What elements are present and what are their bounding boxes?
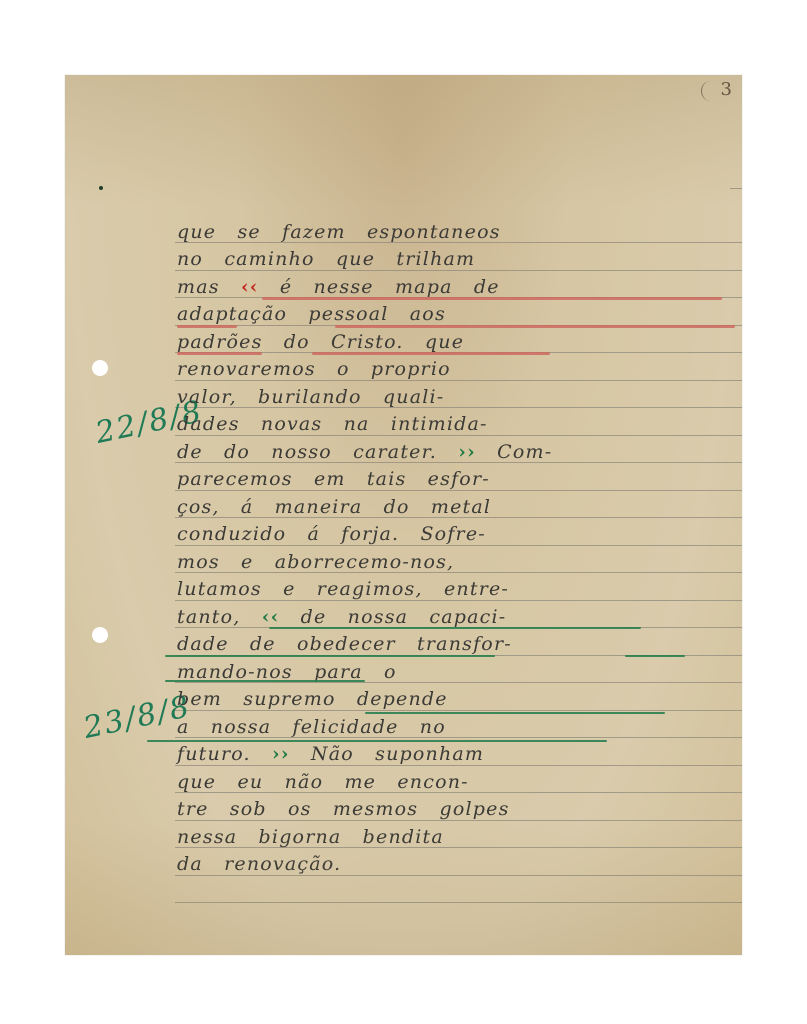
text-line: que se fazem espontaneos bbox=[177, 219, 737, 245]
text-line: conduzido á forja. Sofre- bbox=[177, 521, 737, 547]
text-line: lutamos e reagimos, entre- bbox=[177, 576, 737, 602]
text-line: valor, burilando quali- bbox=[177, 384, 737, 410]
insertion-mark-red: ‹‹ bbox=[241, 276, 259, 298]
manuscript-page: 3 22/8/8 23/8/8 que se fazem espontaneos bbox=[65, 75, 742, 955]
text-line: que eu não me encon- bbox=[177, 769, 737, 795]
text-line: parecemos em tais esfor- bbox=[177, 466, 737, 492]
text-line: a nossa felicidade no bbox=[177, 714, 737, 740]
red-underline bbox=[177, 352, 262, 355]
green-underline bbox=[625, 655, 685, 657]
text-line: de do nosso carater. ›› Com- bbox=[177, 439, 737, 465]
text-line: dades novas na intimida- bbox=[177, 411, 737, 437]
red-underline bbox=[335, 325, 735, 328]
insertion-mark-green: ›› bbox=[272, 743, 290, 765]
text-line: bem supremo depende bbox=[177, 686, 737, 712]
text-line: da renovação. bbox=[177, 851, 737, 877]
red-underline bbox=[262, 297, 722, 300]
insertion-mark-green: ‹‹ bbox=[262, 606, 280, 628]
punch-hole-top bbox=[92, 360, 108, 376]
green-underline bbox=[165, 655, 495, 657]
text-line: futuro. ›› Não suponham bbox=[177, 741, 737, 767]
ink-dot bbox=[99, 186, 103, 190]
green-underline bbox=[165, 680, 365, 682]
red-underline bbox=[312, 352, 550, 355]
green-underline bbox=[269, 627, 641, 629]
text-line: renovaremos o proprio bbox=[177, 356, 737, 382]
text-line: nessa bigorna bendita bbox=[177, 824, 737, 850]
text-line: dade de obedecer transfor- bbox=[177, 631, 737, 657]
red-underline bbox=[177, 325, 237, 328]
text-line: no caminho que trilham bbox=[177, 246, 737, 272]
insertion-mark-green: ›› bbox=[458, 441, 476, 463]
text-line: tre sob os mesmos golpes bbox=[177, 796, 737, 822]
text-line: adaptação pessoal aos bbox=[177, 301, 737, 327]
punch-hole-bottom bbox=[92, 627, 108, 643]
text-line: mos e aborrecemo-nos, bbox=[177, 549, 737, 575]
text-line: ços, á maneira do metal bbox=[177, 494, 737, 520]
